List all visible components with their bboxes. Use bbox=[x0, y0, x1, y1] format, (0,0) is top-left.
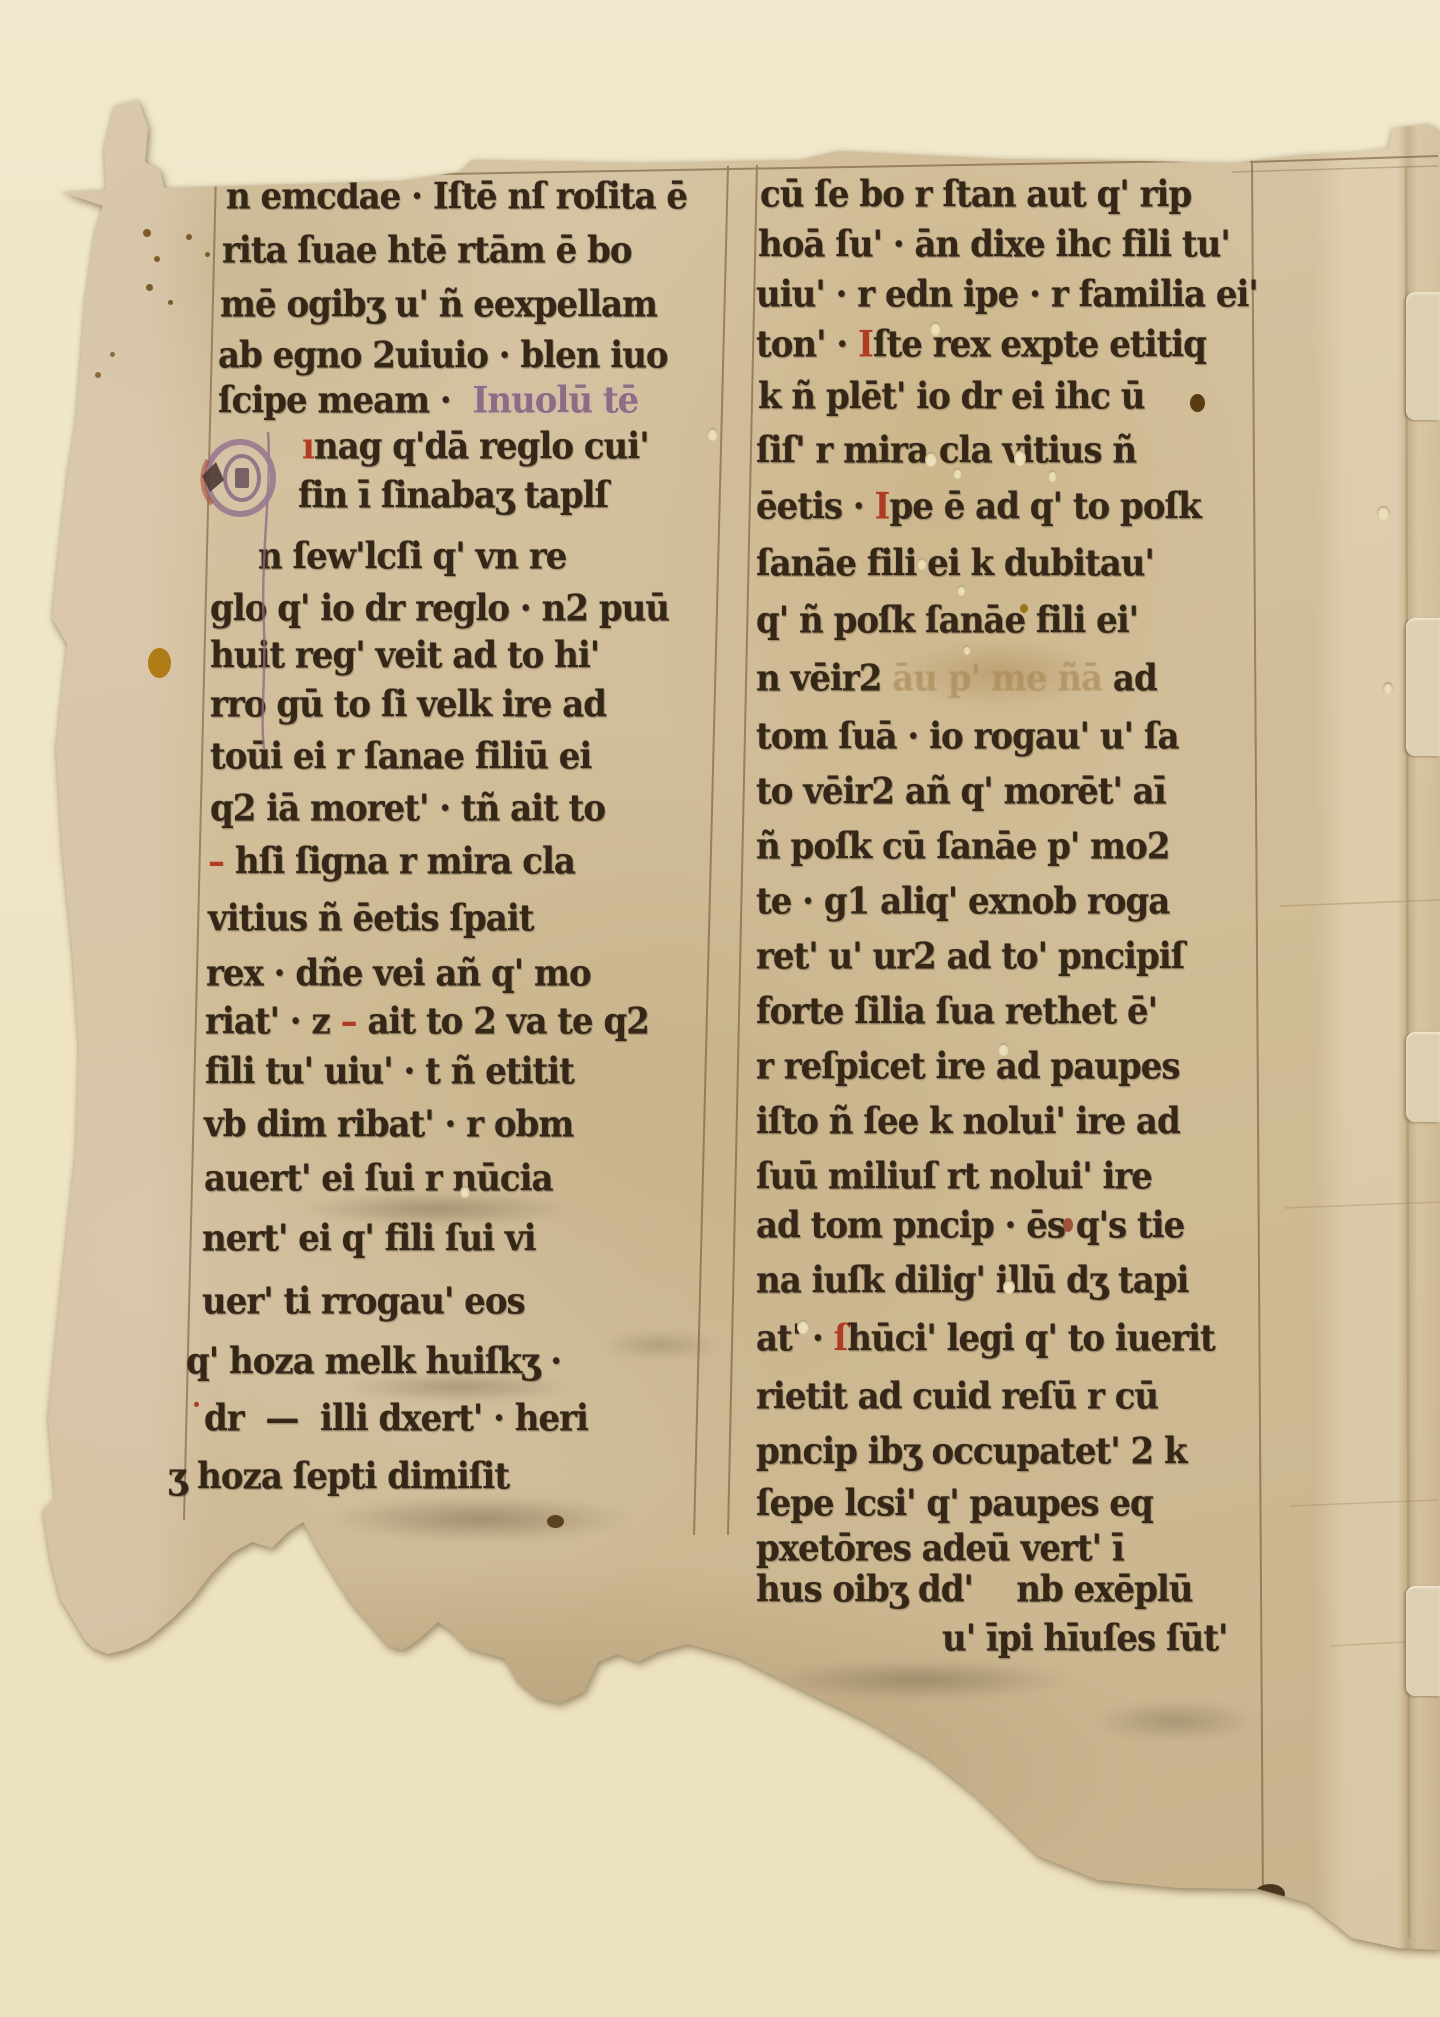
text-segment-ink: ſanāe fili ei k dubitau' bbox=[756, 543, 1154, 585]
parchment-hole bbox=[797, 1320, 809, 1334]
text-segment-ink: riat' · z bbox=[205, 1001, 341, 1043]
text-segment-ink: tom ſuā · io rogau' u' ſa bbox=[756, 716, 1179, 758]
text-segment-ink: nert' ei q' fili ſui vi bbox=[202, 1218, 536, 1260]
manuscript-line: q' ñ poſk ſanāe fili ei' bbox=[756, 602, 1138, 642]
manuscript-line: tom ſuā · io rogau' u' ſa bbox=[756, 718, 1179, 758]
text-segment-ink: te · g1 aliq' exnob roga bbox=[756, 881, 1169, 923]
text-segment-mauve: Inuolū tē bbox=[472, 380, 638, 422]
parchment-hole bbox=[1383, 682, 1393, 694]
manuscript-line: fin ī ſinabaʒ taplſ bbox=[298, 477, 608, 517]
parchment-hole bbox=[1377, 506, 1390, 521]
dark-spot bbox=[148, 648, 171, 678]
text-segment-ink: ad bbox=[1113, 658, 1157, 700]
manuscript-line: ēetis · Ipe ē ad q' to poſk bbox=[756, 488, 1201, 528]
text-segment-ink: rita ſuae htē rtām ē bo bbox=[222, 230, 632, 272]
parchment-hole bbox=[953, 468, 962, 479]
manuscript-line: n emcdae · Iſtē nſ roſita ē bbox=[226, 178, 687, 218]
dark-spot bbox=[154, 256, 160, 262]
manuscript-line: ſcipe meam · Inuolū tē bbox=[218, 382, 638, 422]
text-segment-ink: ait to 2 va te q2 bbox=[367, 1001, 648, 1043]
ink-smudge bbox=[330, 1496, 630, 1542]
text-segment-ink: q' hoza melk huiſkʒ · bbox=[186, 1341, 561, 1383]
binding-stub bbox=[1406, 618, 1440, 756]
parchment-hole bbox=[460, 1186, 470, 1198]
text-segment-red: ˙ bbox=[188, 1398, 204, 1440]
text-segment-ink: n vēir2 bbox=[756, 658, 892, 700]
column-divider-rule-right bbox=[728, 165, 757, 1535]
manuscript-line: pxetōres adeū vert' ī bbox=[756, 1530, 1124, 1570]
manuscript-line: te · g1 aliq' exnob roga bbox=[756, 883, 1169, 923]
parchment-hole bbox=[917, 558, 927, 570]
text-segment-ink: vitius ñ ēetis ſpait bbox=[208, 898, 533, 940]
manuscript-line: ſiſ' r mira cla vitius ñ bbox=[756, 432, 1136, 472]
manuscript-line: ınag q'dā reglo cui' bbox=[302, 428, 649, 468]
text-segment-ink: ſuū miliuſ rt nolui' ire bbox=[756, 1156, 1152, 1198]
text-segment-ink: hoā ſu' · ān dixe ihc fili tu' bbox=[758, 224, 1230, 266]
text-segment-ink: fin ī ſinabaʒ taplſ bbox=[298, 475, 608, 517]
manuscript-line: at' · ſhūci' legi q' to iuerit bbox=[756, 1320, 1215, 1360]
manuscript-line: vb dim ribat' · r obm bbox=[204, 1106, 573, 1146]
text-segment-ink: k ñ plēt' io dr ei ihc ū bbox=[758, 376, 1144, 418]
manuscript-line: uiu' · r edn ipe · r familia ei' bbox=[756, 276, 1258, 316]
text-segment-ink: ſcipe meam · bbox=[218, 380, 472, 422]
text-segment-ink: at' · bbox=[756, 1318, 834, 1360]
manuscript-line: – hſi ſigna r mira cla bbox=[208, 843, 575, 883]
manuscript-line: fili tu' uiu' · t ñ etitit bbox=[205, 1053, 574, 1093]
text-segment-ink: n emcdae · Iſtē nſ roſita ē bbox=[226, 176, 687, 218]
text-segment-ink: cū ſe bo r ſtan aut q' rip bbox=[760, 174, 1191, 216]
text-segment-ink: ſiſ' r mira cla vitius ñ bbox=[756, 430, 1136, 472]
manuscript-line: ſuū miliuſ rt nolui' ire bbox=[756, 1158, 1152, 1198]
text-segment-ink: hſi ſigna r mira cla bbox=[235, 841, 575, 883]
manuscript-line: ſepe lcsi' q' paupes eq bbox=[756, 1485, 1153, 1525]
text-segment-ink: rietit ad cuid reſū r cū bbox=[756, 1376, 1158, 1418]
dark-spot bbox=[143, 229, 151, 237]
text-segment-ink: uiu' · r edn ipe · r familia ei' bbox=[756, 274, 1258, 316]
dark-spot bbox=[547, 1515, 564, 1528]
text-segment-ink: ñ poſk cū ſanāe p' mo2 bbox=[756, 826, 1170, 868]
ink-smudge bbox=[600, 1330, 720, 1360]
manuscript-line: ab egno 2uiuio · blen iuo bbox=[218, 337, 668, 377]
column-divider-rule-left bbox=[694, 166, 728, 1535]
manuscript-line: ˙dr — illi dxert' · heri bbox=[188, 1400, 588, 1440]
manuscript-line: rex · dñe vei añ q' mo bbox=[206, 955, 591, 995]
text-segment-faded: āu p' me ñā bbox=[892, 658, 1113, 700]
text-segment-ink: dr — illi dxert' · heri bbox=[204, 1398, 588, 1440]
text-segment-ink: ſepe lcsi' q' paupes eq bbox=[756, 1483, 1153, 1525]
manuscript-line: forte ſilia ſua rethet ē' bbox=[756, 993, 1157, 1033]
parchment-hole bbox=[930, 322, 941, 336]
text-segment-ink: forte ſilia ſua rethet ē' bbox=[756, 991, 1157, 1033]
manuscript-line: k ñ plēt' io dr ei ihc ū bbox=[758, 378, 1144, 418]
text-segment-ink: vb dim ribat' · r obm bbox=[204, 1104, 573, 1146]
parchment-hole bbox=[707, 428, 718, 441]
manuscript-line: iſto ñ ſee k nolui' ire ad bbox=[756, 1103, 1180, 1143]
dark-spot bbox=[205, 252, 210, 257]
parchment-hole bbox=[925, 452, 937, 467]
text-segment-red: – bbox=[208, 841, 235, 883]
manuscript-line: vitius ñ ēetis ſpait bbox=[208, 900, 533, 940]
manuscript-line: q' hoza melk huiſkʒ · bbox=[186, 1343, 561, 1383]
dark-spot bbox=[110, 352, 115, 357]
text-segment-ink: na iuſk dilig' illū dʒ tapi bbox=[756, 1260, 1188, 1302]
text-segment-ink: ab egno 2uiuio · blen iuo bbox=[218, 335, 668, 377]
dark-spot bbox=[1063, 1218, 1073, 1232]
text-segment-ink: to vēir2 añ q' morēt' aī bbox=[756, 771, 1166, 813]
parchment-hole bbox=[1014, 450, 1026, 466]
manuscript-line: rita ſuae htē rtām ē bo bbox=[222, 232, 632, 272]
text-segment-red: ſ bbox=[834, 1318, 848, 1360]
dark-spot bbox=[146, 284, 153, 291]
manuscript-line: riat' · z – ait to 2 va te q2 bbox=[205, 1003, 649, 1043]
parchment-shadow: n emcdae · Iſtē nſ roſita ērita ſuae htē… bbox=[0, 0, 1440, 2017]
manuscript-line: to vēir2 añ q' morēt' aī bbox=[756, 773, 1166, 813]
manuscript-line: pncip ibʒ occupatet' 2 k bbox=[756, 1433, 1187, 1473]
text-segment-ink: ad tom pncip · ēs q's tie bbox=[756, 1205, 1184, 1247]
manuscript-line: mē ogibʒ u' ñ eexpellam bbox=[220, 286, 657, 326]
dark-spot bbox=[95, 372, 101, 378]
manuscript-line: uer' ti rrogau' eos bbox=[202, 1283, 525, 1323]
manuscript-line: auert' ei ſui r nūcia bbox=[204, 1160, 553, 1200]
text-segment-ink: rex · dñe vei añ q' mo bbox=[206, 953, 591, 995]
manuscript-line: ret' u' ur2 ad to' pncipiſ bbox=[756, 938, 1184, 978]
manuscript-line: hoā ſu' · ān dixe ihc fili tu' bbox=[758, 226, 1230, 266]
text-segment-ink: nag q'dā reglo cui' bbox=[314, 426, 649, 468]
manuscript-line: q2 iā moret' · tñ ait to bbox=[210, 790, 605, 830]
text-segment-ink: hūci' legi q' to iuerit bbox=[847, 1318, 1214, 1360]
text-segment-red: I bbox=[858, 324, 873, 366]
manuscript-line: ton' · Iſte rex expte etitiq bbox=[756, 326, 1206, 366]
manuscript-photograph: n emcdae · Iſtē nſ roſita ērita ſuae htē… bbox=[0, 0, 1440, 2017]
text-segment-ink: iſto ñ ſee k nolui' ire ad bbox=[756, 1101, 1180, 1143]
parchment-hole bbox=[1048, 470, 1057, 482]
text-segment-ink: pxetōres adeū vert' ī bbox=[756, 1528, 1124, 1570]
manuscript-line: nert' ei q' fili ſui vi bbox=[202, 1220, 536, 1260]
binding-stub bbox=[1406, 292, 1440, 420]
text-segment-ink: u' īpi hīuſes ſūt' bbox=[942, 1618, 1227, 1660]
ink-smudge bbox=[770, 1660, 1070, 1700]
dark-spot bbox=[1020, 604, 1028, 613]
manuscript-line: cū ſe bo r ſtan aut q' rip bbox=[760, 176, 1191, 216]
text-segment-ink: q' ñ poſk ſanāe fili ei' bbox=[756, 600, 1138, 642]
text-segment-ink: ton' · bbox=[756, 324, 858, 366]
parchment-hole bbox=[963, 645, 971, 655]
manuscript-line: u' īpi hīuſes ſūt' bbox=[942, 1620, 1227, 1660]
manuscript-line: ad tom pncip · ēs q's tie bbox=[756, 1207, 1184, 1247]
text-segment-red: – bbox=[341, 1001, 368, 1043]
manuscript-line: na iuſk dilig' illū dʒ tapi bbox=[756, 1262, 1188, 1302]
manuscript-line: ñ poſk cū ſanāe p' mo2 bbox=[756, 828, 1170, 868]
binding-stub bbox=[1406, 1586, 1440, 1696]
text-segment-ink: fili tu' uiu' · t ñ etitit bbox=[205, 1051, 574, 1093]
dark-spot bbox=[168, 300, 173, 305]
parchment-hole bbox=[998, 1043, 1009, 1056]
text-segment-ink: ēetis · bbox=[756, 486, 875, 528]
parchment-fragment: n emcdae · Iſtē nſ roſita ērita ſuae htē… bbox=[0, 0, 1440, 2017]
text-segment-ink: ʒ hoza ſepti dimiſit bbox=[168, 1456, 509, 1498]
text-segment-ink: r reſpicet ire ad paupes bbox=[756, 1046, 1180, 1088]
ink-smudge bbox=[1095, 1700, 1255, 1742]
text-segment-ink: uer' ti rrogau' eos bbox=[202, 1281, 525, 1323]
text-segment-ink: q2 iā moret' · tñ ait to bbox=[210, 788, 605, 830]
manuscript-line: ʒ hoza ſepti dimiſit bbox=[168, 1458, 509, 1498]
manuscript-line: n vēir2 āu p' me ñā ad bbox=[756, 660, 1157, 700]
right-margin-rule bbox=[1252, 158, 1263, 1905]
text-segment-ink: pe ē ad q' to poſk bbox=[889, 486, 1200, 528]
manuscript-line: r reſpicet ire ad paupes bbox=[756, 1048, 1180, 1088]
text-segment-ink: pncip ibʒ occupatet' 2 k bbox=[756, 1431, 1187, 1473]
text-segment-red: I bbox=[875, 486, 890, 528]
dark-spot bbox=[1190, 394, 1205, 412]
text-segment-ink: mē ogibʒ u' ñ eexpellam bbox=[220, 284, 657, 326]
manuscript-line: hus oibʒ dd' nb exēplū bbox=[756, 1571, 1193, 1611]
parchment-hole bbox=[1003, 1280, 1015, 1294]
decorated-initial-icon bbox=[198, 428, 308, 758]
text-segment-ink: ret' u' ur2 ad to' pncipiſ bbox=[756, 936, 1184, 978]
dark-spot bbox=[186, 234, 192, 240]
parchment-hole bbox=[957, 585, 966, 596]
text-segment-ink: hus oibʒ dd' nb exēplū bbox=[756, 1569, 1193, 1611]
text-segment-ink: auert' ei ſui r nūcia bbox=[204, 1158, 553, 1200]
text-segment-ink: ſte rex expte etitiq bbox=[873, 324, 1206, 366]
dark-spot bbox=[1255, 1884, 1285, 1904]
binding-stub bbox=[1406, 1032, 1440, 1122]
manuscript-line: rietit ad cuid reſū r cū bbox=[756, 1378, 1158, 1418]
manuscript-line: ſanāe fili ei k dubitau' bbox=[756, 545, 1154, 585]
